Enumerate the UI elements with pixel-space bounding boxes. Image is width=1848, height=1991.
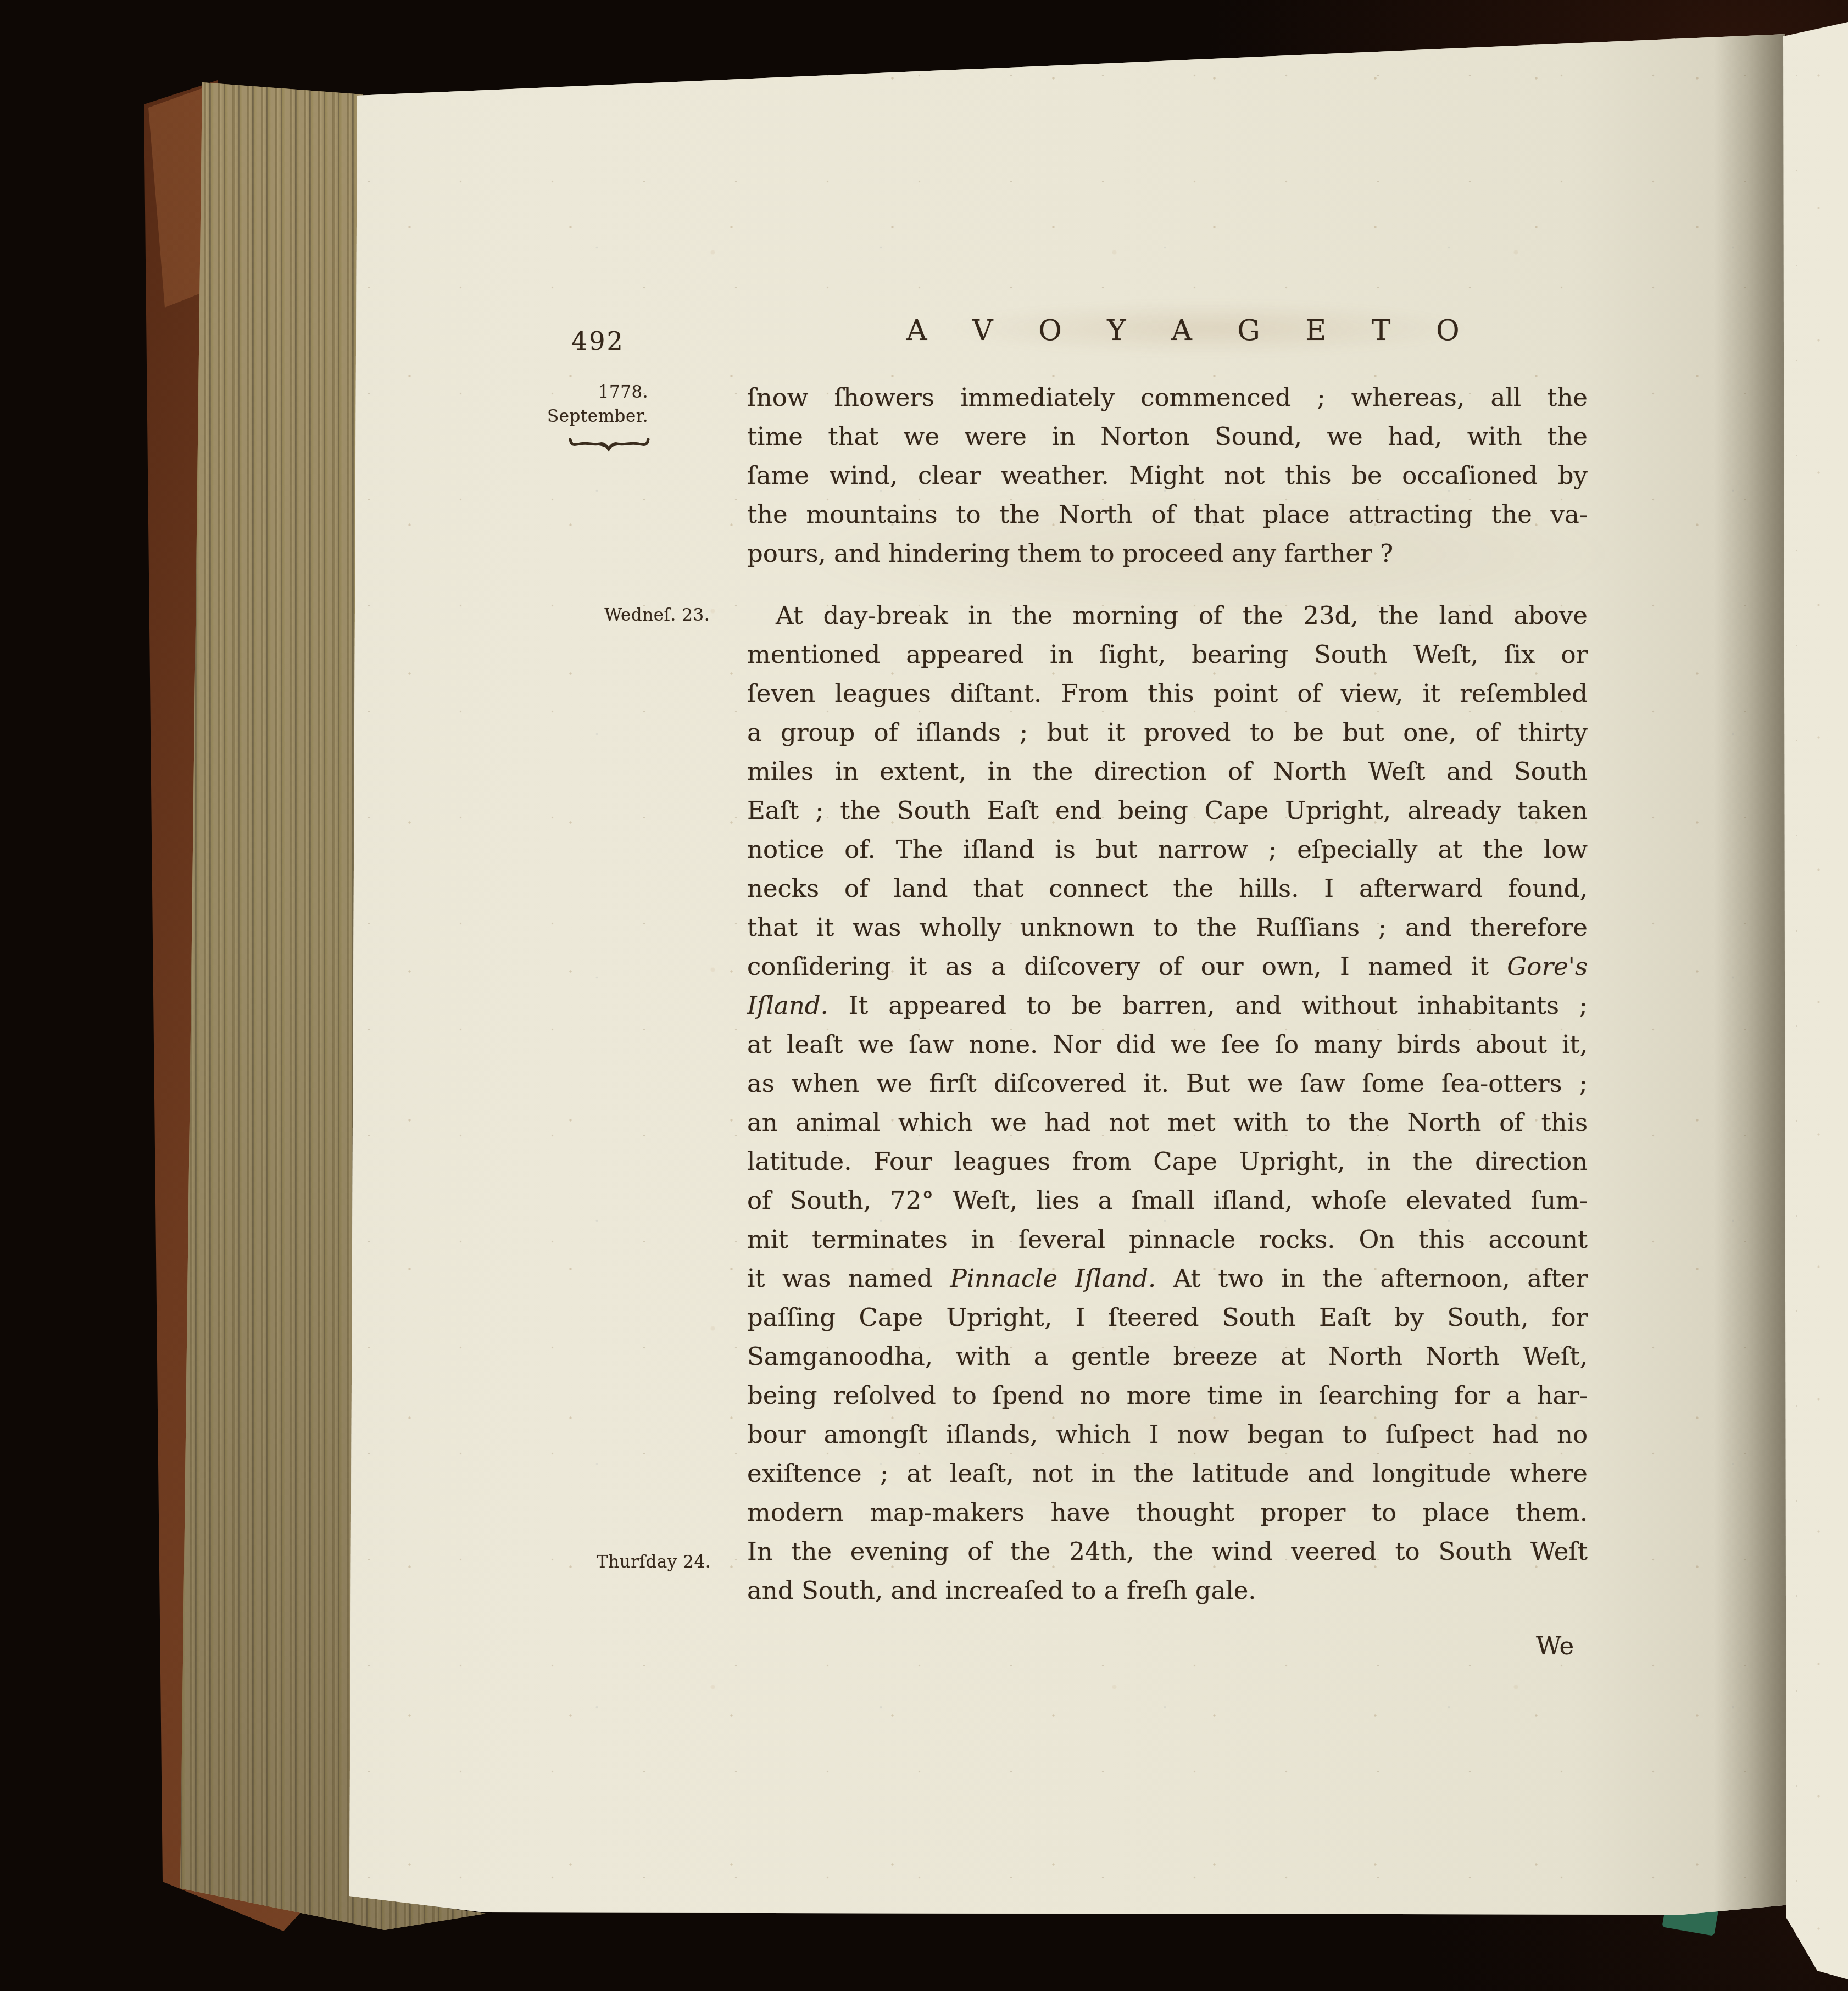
italic-text: Pinnacle Iſland. — [950, 1264, 1156, 1293]
body-text: modern map-makers have thought proper to… — [747, 1498, 1588, 1527]
text-line: being reſolved to ſpend no more time in … — [747, 1376, 1588, 1415]
text-line: In the evening of the 24th, the wind vee… — [747, 1532, 1588, 1571]
body-text: necks of land that connect the hills. I … — [747, 874, 1588, 903]
text-line: paſſing Cape Upright, I ſteered South Ea… — [747, 1298, 1588, 1337]
show-through-smudge — [824, 1307, 1593, 1538]
text-line: that it was wholly unknown to the Ruſſia… — [747, 908, 1588, 947]
body-text: miles in extent, in the direction of Nor… — [747, 757, 1588, 786]
body-text: it was named — [747, 1264, 950, 1293]
body-text: of South, 72° Weſt, lies a ſmall iſland,… — [747, 1186, 1588, 1215]
body-text: notice of. The iſland is but narrow ; eſ… — [747, 835, 1588, 864]
body-text: Eaſt ; the South Eaſt end being Cape Upr… — [747, 796, 1588, 825]
body-text: the mountains to the North of that place… — [747, 500, 1588, 529]
gutter-shadow — [1714, 27, 1791, 1917]
text-line: bour amongſt iſlands, which I now began … — [747, 1415, 1588, 1454]
text-line: exiſtence ; at leaſt, not in the latitud… — [747, 1454, 1588, 1493]
body-text: mit terminates in ſeveral pinnacle rocks… — [747, 1225, 1588, 1254]
body-text: a group of iſlands ; but it proved to be… — [747, 718, 1588, 747]
flourish-squiggle — [568, 432, 650, 456]
text-line: a group of iſlands ; but it proved to be… — [747, 713, 1588, 752]
photo-of-book-page: { "colors": { "backdrop": "#0e0805", "pa… — [0, 0, 1848, 1991]
margin-note-wednesday: Wedneſ. 23. — [494, 603, 710, 627]
text-line: and South, and increaſed to a freſh gale… — [747, 1571, 1588, 1610]
body-text: as when we firſt diſcovered it. But we ſ… — [747, 1069, 1588, 1098]
text-line: it was named Pinnacle Iſland. At two in … — [747, 1259, 1588, 1298]
body-text: In the evening of the 24th, the wind vee… — [747, 1537, 1588, 1566]
text-line: conſidering it as a diſcovery of our own… — [747, 947, 1588, 986]
text-line: the mountains to the North of that place… — [747, 495, 1588, 534]
text-line: mit terminates in ſeveral pinnacle rocks… — [747, 1220, 1588, 1259]
text-column: ſnow ſhowers immediately commenced ; whe… — [747, 378, 1588, 1610]
body-text: latitude. Four leagues from Cape Upright… — [747, 1147, 1588, 1176]
page-number: 492 — [571, 326, 625, 356]
italic-text: Iſland. — [747, 991, 828, 1020]
body-text: pours, and hindering them to proceed any… — [747, 539, 1393, 568]
body-text: an animal which we had not met with to t… — [747, 1108, 1588, 1137]
show-through-smudge — [797, 483, 1621, 626]
text-line: At day-break in the morning of the 23d, … — [747, 596, 1588, 635]
show-through-smudge — [945, 301, 1472, 356]
text-line: mentioned appeared in ſight, bearing Sou… — [747, 635, 1588, 674]
text-line: ſeven leagues diſtant. From this point o… — [747, 674, 1588, 713]
text-line: notice of. The iſland is but narrow ; eſ… — [747, 830, 1588, 869]
text-line: time that we were in Norton Sound, we ha… — [747, 417, 1588, 456]
text-line: modern map-makers have thought proper to… — [747, 1493, 1588, 1532]
body-text: conſidering it as a diſcovery of our own… — [747, 952, 1507, 981]
body-text: At two in the afternoon, after — [1156, 1264, 1588, 1293]
margin-note-year: 1778. — [494, 380, 648, 404]
text-line: necks of land that connect the hills. I … — [747, 869, 1588, 908]
body-text: exiſtence ; at leaſt, not in the latitud… — [747, 1459, 1588, 1488]
body-text: mentioned appeared in ſight, bearing Sou… — [747, 640, 1588, 669]
text-line: an animal which we had not met with to t… — [747, 1103, 1588, 1142]
text-line: pours, and hindering them to proceed any… — [747, 534, 1588, 573]
body-text: and South, and increaſed to a freſh gale… — [747, 1576, 1256, 1605]
margin-note-month: September. — [494, 404, 648, 428]
text-line: at leaſt we ſaw none. Nor did we ſee ſo … — [747, 1025, 1588, 1064]
text-line: ſame wind, clear weather. Might not this… — [747, 456, 1588, 495]
text-line: as when we firſt diſcovered it. But we ſ… — [747, 1064, 1588, 1103]
body-text: ſnow ſhowers immediately commenced ; whe… — [747, 383, 1588, 412]
body-text: at leaſt we ſaw none. Nor did we ſee ſo … — [747, 1030, 1588, 1059]
paragraph: ſnow ſhowers immediately commenced ; whe… — [747, 378, 1588, 573]
catchword: We — [1536, 1631, 1574, 1660]
body-text: bour amongſt iſlands, which I now began … — [747, 1420, 1588, 1449]
text-line: miles in extent, in the direction of Nor… — [747, 752, 1588, 791]
text-line: latitude. Four leagues from Cape Upright… — [747, 1142, 1588, 1181]
margin-note-thursday: Thurſday 24. — [494, 1550, 711, 1574]
text-line: of South, 72° Weſt, lies a ſmall iſland,… — [747, 1181, 1588, 1220]
body-text: ſame wind, clear weather. Might not this… — [747, 461, 1588, 490]
text-line: Iſland. It appeared to be barren, and wi… — [747, 986, 1588, 1025]
margin-note-date: 1778. September. — [494, 380, 648, 428]
body-text: paſſing Cape Upright, I ſteered South Ea… — [747, 1303, 1588, 1332]
running-head: A V O Y A G E T O — [906, 314, 1401, 347]
body-text: ſeven leagues diſtant. From this point o… — [747, 679, 1588, 708]
body-text: being reſolved to ſpend no more time in … — [747, 1381, 1588, 1410]
italic-text: Gore's — [1507, 952, 1588, 981]
body-text: At day-break in the morning of the 23d, … — [776, 601, 1588, 630]
text-line: Eaſt ; the South Eaſt end being Cape Upr… — [747, 791, 1588, 830]
body-text: that it was wholly unknown to the Ruſſia… — [747, 913, 1588, 942]
text-line: ſnow ſhowers immediately commenced ; whe… — [747, 378, 1588, 417]
body-text: Samganoodha, with a gentle breeze at Nor… — [747, 1342, 1588, 1371]
text-line: Samganoodha, with a gentle breeze at Nor… — [747, 1337, 1588, 1376]
paragraph: At day-break in the morning of the 23d, … — [747, 596, 1588, 1610]
body-text: time that we were in Norton Sound, we ha… — [747, 422, 1588, 451]
body-text: It appeared to be barren, and without in… — [828, 991, 1588, 1020]
